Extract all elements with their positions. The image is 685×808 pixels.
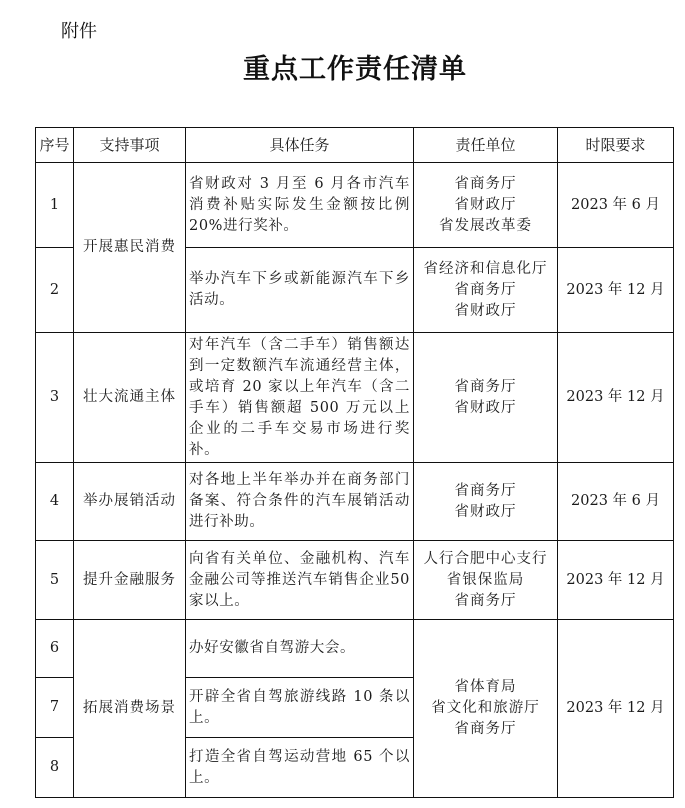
responsibility-table: 序号 支持事项 具体任务 责任单位 时限要求 1 开展惠民消费 省财政对 3 月… [35,127,674,798]
deadline: 2023 年 12 月 [558,620,674,798]
task-description: 打造全省自驾运动营地 65 个以上。 [186,738,414,798]
unit-name: 省商务厅 [414,481,557,502]
table-row: 3 壮大流通主体 对年汽车（含二手车）销售额达到一定数额汽车流通经营主体，或培育… [36,333,674,463]
unit-name: 省财政厅 [414,195,557,216]
task-description: 省财政对 3 月至 6 月各市汽车消费补贴实际发生金额按比例20%进行奖补。 [186,163,414,248]
page-title: 重点工作责任清单 [0,52,685,88]
responsible-units: 省商务厅 省财政厅 [414,333,558,463]
unit-name: 省发展改革委 [414,216,557,237]
responsible-units: 省体育局 省文化和旅游厅 省商务厅 [414,620,558,798]
unit-name: 省经济和信息化厅 [414,259,557,280]
unit-name: 省商务厅 [414,280,557,301]
row-number: 1 [36,163,74,248]
header-unit: 责任单位 [414,128,558,163]
unit-name: 省银保监局 [414,570,557,591]
deadline: 2023 年 12 月 [558,333,674,463]
task-description: 对各地上半年举办并在商务部门备案、符合条件的汽车展销活动进行补助。 [186,463,414,541]
table-row: 6 拓展消费场景 办好安徽省自驾游大会。 省体育局 省文化和旅游厅 省商务厅 2… [36,620,674,678]
responsible-units: 省商务厅 省财政厅 省发展改革委 [414,163,558,248]
table-row: 1 开展惠民消费 省财政对 3 月至 6 月各市汽车消费补贴实际发生金额按比例2… [36,163,674,248]
responsible-units: 省商务厅 省财政厅 [414,463,558,541]
support-item: 举办展销活动 [74,463,186,541]
table-row: 4 举办展销活动 对各地上半年举办并在商务部门备案、符合条件的汽车展销活动进行补… [36,463,674,541]
deadline: 2023 年 12 月 [558,541,674,620]
unit-name: 省商务厅 [414,591,557,612]
row-number: 3 [36,333,74,463]
header-deadline: 时限要求 [558,128,674,163]
unit-name: 省体育局 [414,677,557,698]
support-item: 开展惠民消费 [74,163,186,333]
header-item: 支持事项 [74,128,186,163]
deadline: 2023 年 12 月 [558,248,674,333]
deadline: 2023 年 6 月 [558,463,674,541]
task-description: 办好安徽省自驾游大会。 [186,620,414,678]
support-item: 提升金融服务 [74,541,186,620]
unit-name: 省财政厅 [414,301,557,322]
row-number: 4 [36,463,74,541]
row-number: 5 [36,541,74,620]
row-number: 2 [36,248,74,333]
unit-name: 省文化和旅游厅 [414,698,557,719]
task-description: 向省有关单位、金融机构、汽车金融公司等推送汽车销售企业50 家以上。 [186,541,414,620]
responsible-units: 人行合肥中心支行 省银保监局 省商务厅 [414,541,558,620]
unit-name: 省商务厅 [414,174,557,195]
attachment-label: 附件 [61,20,97,44]
support-item: 壮大流通主体 [74,333,186,463]
unit-name: 省财政厅 [414,502,557,523]
row-number: 8 [36,738,74,798]
row-number: 6 [36,620,74,678]
responsible-units: 省经济和信息化厅 省商务厅 省财政厅 [414,248,558,333]
table-row: 5 提升金融服务 向省有关单位、金融机构、汽车金融公司等推送汽车销售企业50 家… [36,541,674,620]
table-header-row: 序号 支持事项 具体任务 责任单位 时限要求 [36,128,674,163]
task-description: 开辟全省自驾旅游线路 10 条以上。 [186,678,414,738]
task-description: 举办汽车下乡或新能源汽车下乡活动。 [186,248,414,333]
unit-name: 省商务厅 [414,719,557,740]
header-task: 具体任务 [186,128,414,163]
unit-name: 省商务厅 [414,377,557,398]
unit-name: 省财政厅 [414,398,557,419]
row-number: 7 [36,678,74,738]
header-no: 序号 [36,128,74,163]
unit-name: 人行合肥中心支行 [414,549,557,570]
task-description: 对年汽车（含二手车）销售额达到一定数额汽车流通经营主体，或培育 20 家以上年汽… [186,333,414,463]
deadline: 2023 年 6 月 [558,163,674,248]
support-item: 拓展消费场景 [74,620,186,798]
